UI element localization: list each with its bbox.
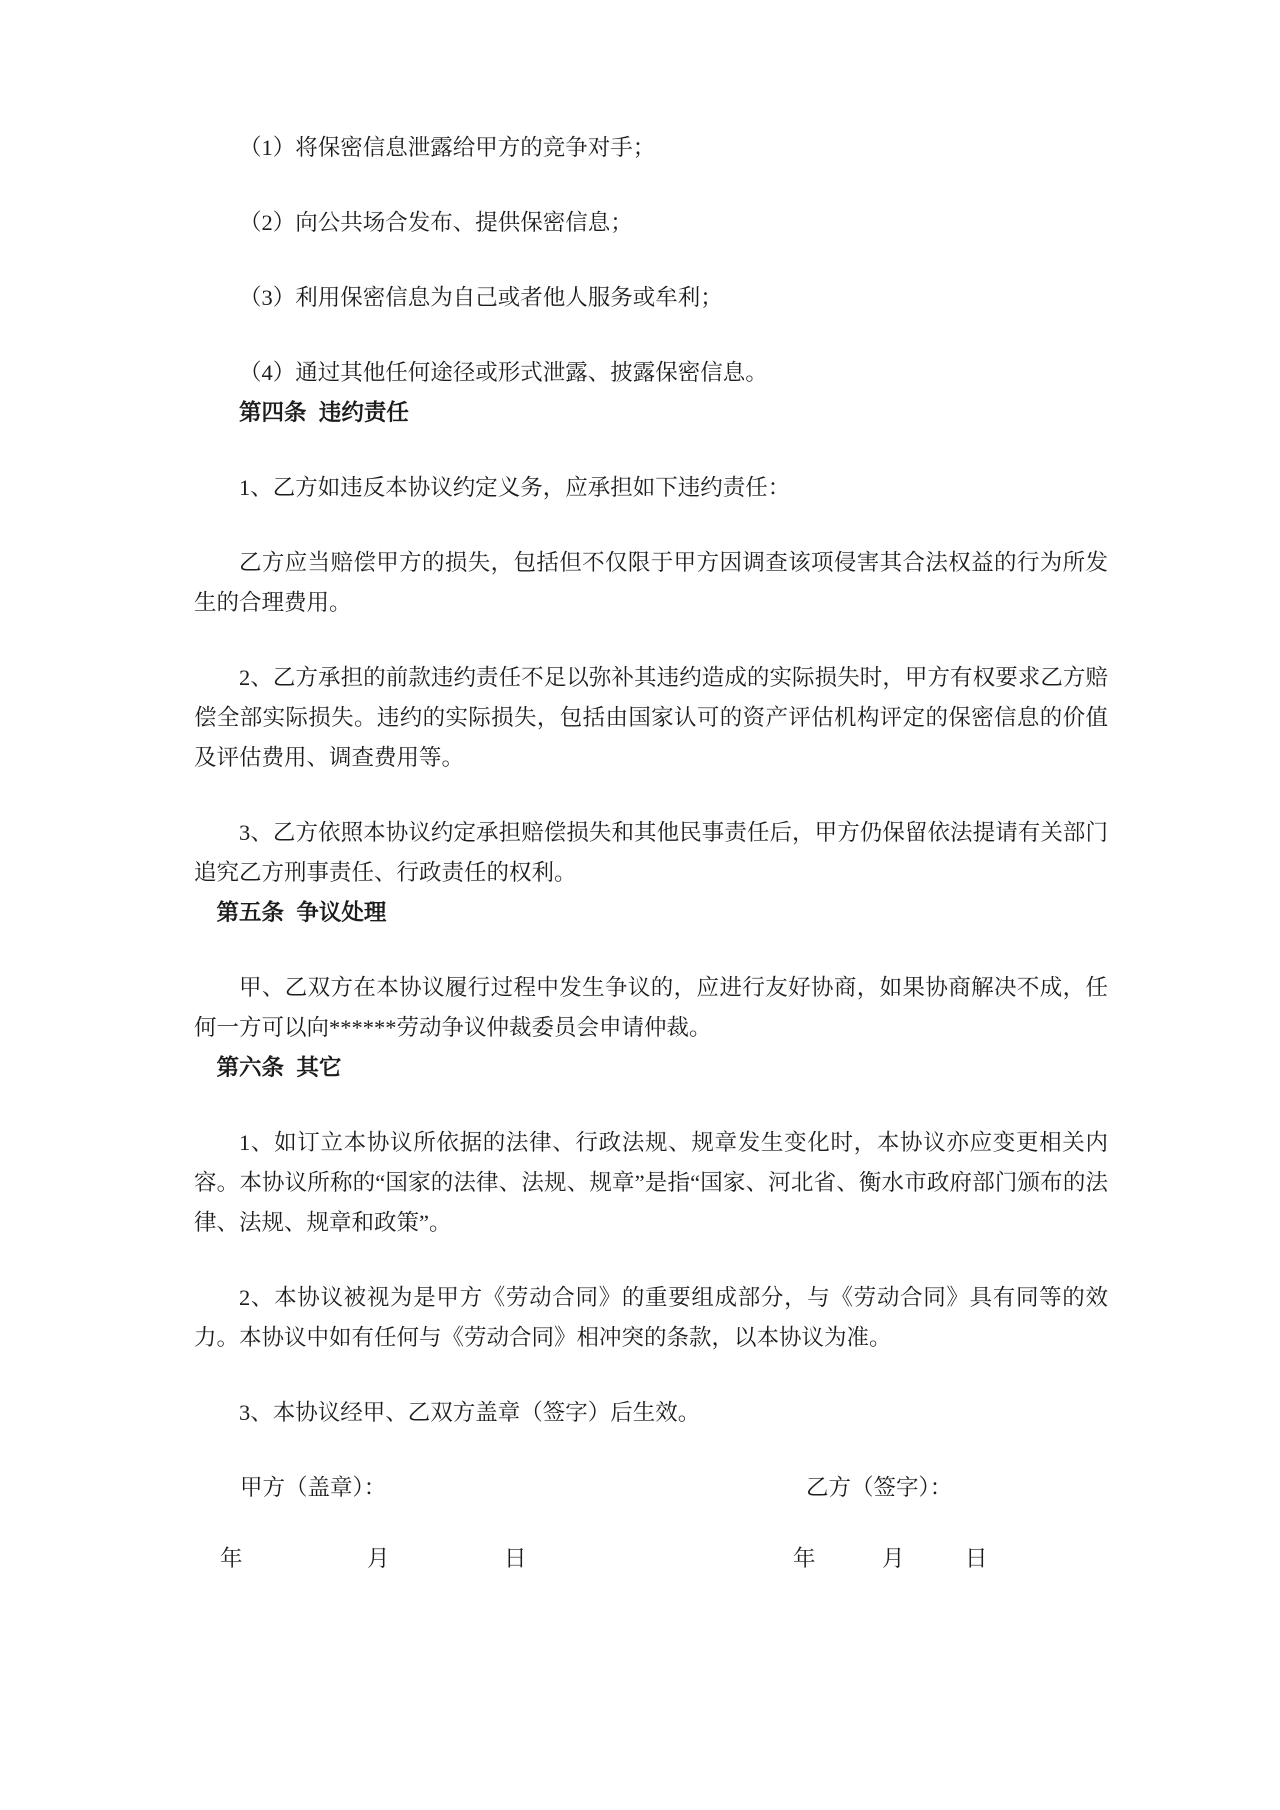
clause-item-1: （1）将保密信息泄露给甲方的竞争对手；	[194, 128, 1108, 168]
paragraph-article-4-item-1: 1、乙方如违反本协议约定义务，应承担如下违约责任：	[194, 468, 1108, 508]
paragraph-article-6-item-2: 2、本协议被视为是甲方《劳动合同》的重要组成部分，与《劳动合同》具有同等的效力。…	[194, 1278, 1108, 1358]
clause-item-3: （3）利用保密信息为自己或者他人服务或牟利；	[194, 278, 1108, 318]
heading-article-4: 第四条 违约责任	[194, 393, 1108, 433]
party-a-year-label: 年	[220, 1539, 243, 1579]
party-b-month-label: 月	[882, 1539, 905, 1579]
party-b-year-label: 年	[793, 1539, 816, 1579]
party-a-signature-label: 甲方（盖章）：	[240, 1468, 386, 1508]
party-b-signature-label: 乙方（签字）：	[806, 1468, 952, 1508]
party-a-day-label: 日	[504, 1539, 527, 1579]
paragraph-article-4-item-1-detail: 乙方应当赔偿甲方的损失，包括但不仅限于甲方因调查该项侵害其合法权益的行为所发生的…	[194, 543, 1108, 623]
heading-article-6: 第六条 其它	[194, 1048, 1108, 1088]
heading-article-5: 第五条 争议处理	[194, 893, 1108, 933]
signature-date-row: 年 月 日 年 月 日	[194, 1539, 1108, 1579]
paragraph-article-4-item-2: 2、乙方承担的前款违约责任不足以弥补其违约造成的实际损失时，甲方有权要求乙方赔偿…	[194, 658, 1108, 778]
party-a-month-label: 月	[367, 1539, 390, 1579]
paragraph-article-6-item-1: 1、如订立本协议所依据的法律、行政法规、规章发生变化时，本协议亦应变更相关内容。…	[194, 1123, 1108, 1243]
paragraph-article-6-item-3: 3、本协议经甲、乙双方盖章（签字）后生效。	[194, 1393, 1108, 1433]
clause-item-4: （4）通过其他任何途径或形式泄露、披露保密信息。	[194, 353, 1108, 393]
paragraph-article-5-item-1: 甲、乙双方在本协议履行过程中发生争议的，应进行友好协商，如果协商解决不成，任何一…	[194, 968, 1108, 1048]
signature-labels-row: 甲方（盖章）： 乙方（签字）：	[194, 1468, 1108, 1508]
contract-page: （1）将保密信息泄露给甲方的竞争对手； （2）向公共场合发布、提供保密信息； （…	[0, 0, 1280, 1810]
clause-item-2: （2）向公共场合发布、提供保密信息；	[194, 203, 1108, 243]
paragraph-article-4-item-3: 3、乙方依照本协议约定承担赔偿损失和其他民事责任后，甲方仍保留依法提请有关部门追…	[194, 813, 1108, 893]
party-b-day-label: 日	[965, 1539, 988, 1579]
